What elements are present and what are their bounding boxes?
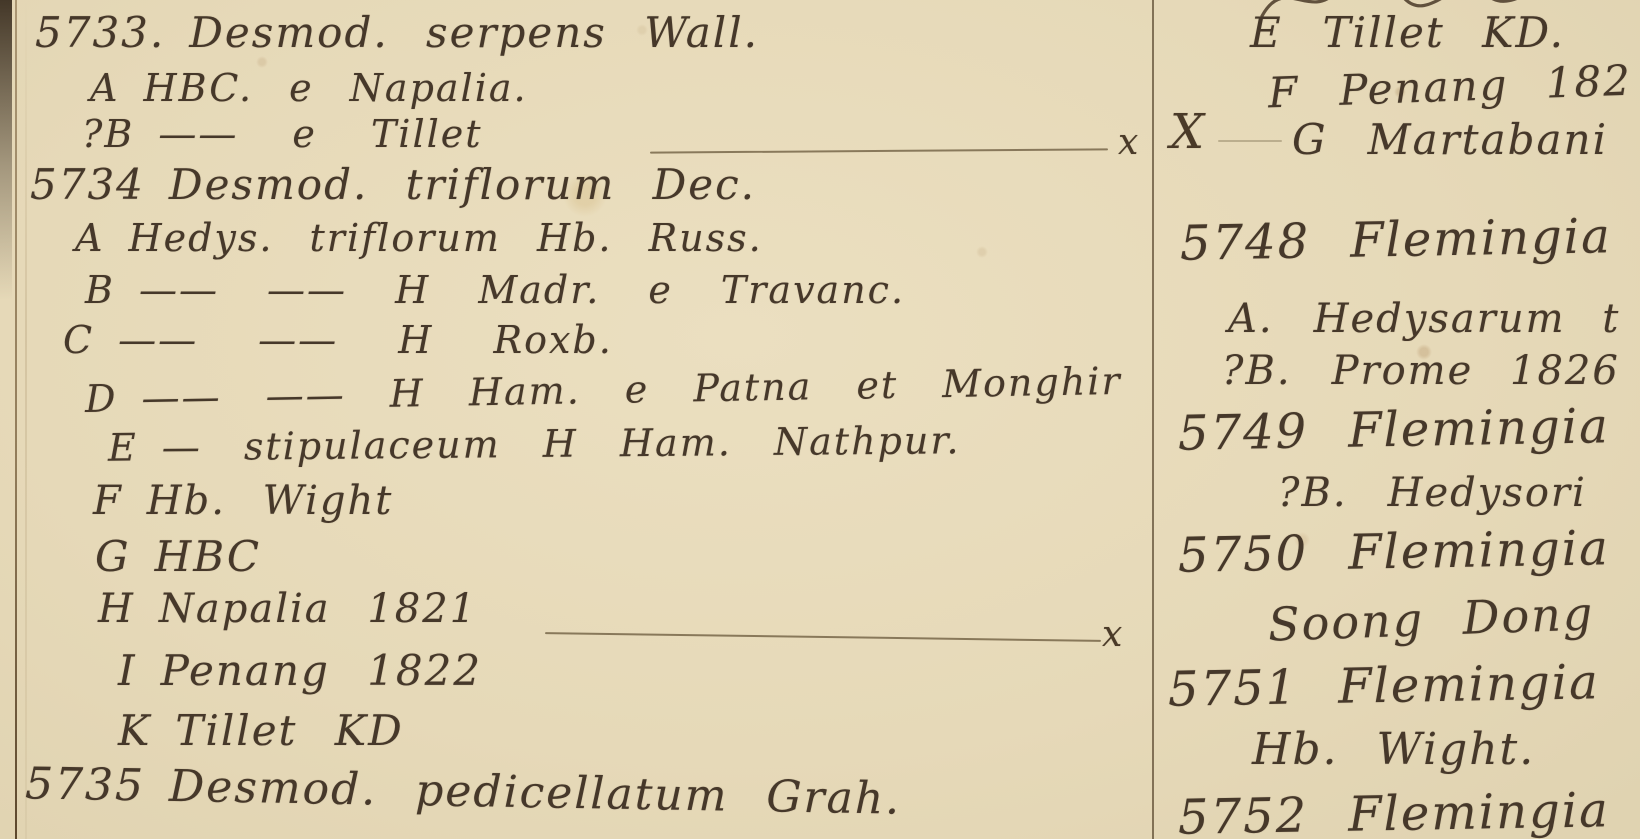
entry-text: Flemingia — [1348, 398, 1610, 459]
specimen-letter: ?B. — [1278, 470, 1348, 516]
subentry-line-hb-wight-right: Hb. Wight. — [1252, 724, 1535, 775]
entry-number: 5751 — [1168, 659, 1299, 717]
entry-text: Flemingia — [1338, 654, 1600, 715]
subentry-line-a-hedysarum: A.Hedysarum t — [1228, 296, 1620, 342]
entry-number: 5749 — [1178, 403, 1309, 461]
entry-text: Flemingia — [1348, 520, 1610, 581]
entry-number: 5748 — [1180, 213, 1311, 271]
entry-text: Tillet KD. — [1323, 8, 1565, 57]
page-edge-crease — [15, 0, 17, 839]
entry-line-5735: 5735Desmod. pedicellatum Grah. — [25, 758, 902, 824]
entry-text: HBC — [155, 532, 261, 581]
entry-text: Penang 1822 — [161, 646, 483, 695]
specimen-letter: A — [90, 66, 119, 110]
specimen-letter: G — [1292, 115, 1328, 164]
entry-text: Hedysori — [1388, 470, 1587, 516]
specimen-letter: B — [85, 268, 115, 312]
subentry-line-a-hedys: AHedys. triflorum Hb. Russ. — [75, 216, 763, 260]
entry-line-5734: 5734Desmod. triflorum Dec. — [30, 160, 756, 209]
specimen-letter: E — [108, 425, 138, 469]
subentry-line-f-wight: FHb. Wight — [93, 478, 393, 524]
entry-number: 5750 — [1178, 525, 1309, 583]
entry-number: 5735 — [25, 758, 146, 811]
column-divider-rule — [1152, 0, 1154, 839]
subentry-line-b-madr: B—— —— H Madr. e Travanc. — [85, 268, 905, 312]
entry-text: —— —— H Ham. e Patna et Monghir — [141, 359, 1122, 420]
specimen-letter: I — [118, 646, 137, 695]
page-edge-crease-faint — [25, 0, 27, 839]
reference-rule-napalia — [545, 632, 1101, 642]
entry-text: Desmod. serpens Wall. — [189, 8, 759, 57]
reference-rule-tillet — [650, 148, 1108, 153]
subentry-line-h-napalia: HNapalia 1821 — [98, 586, 477, 632]
entry-text: Flemingia — [1348, 782, 1610, 839]
specimen-letter: A — [75, 216, 104, 260]
subentry-line-b-hedysori: ?B.Hedysori — [1278, 470, 1587, 516]
entry-text: Tillet KD — [175, 706, 403, 755]
subentry-line-e-stipulaceum: E— stipulaceum H Ham. Nathpur. — [108, 418, 961, 469]
subentry-line-soong-dong: Soong Dong — [1267, 586, 1595, 651]
entry-text: Hedysarum t — [1314, 296, 1621, 342]
specimen-letter: D — [85, 376, 118, 421]
specimen-letter: C — [63, 318, 94, 362]
subentry-line-g-hbc: GHBC — [95, 532, 261, 581]
entry-text: Napalia 1821 — [159, 586, 477, 632]
subentry-line-k-tillet: KTillet KD — [118, 706, 404, 755]
specimen-letter: F — [93, 478, 123, 524]
reference-rule-martaban — [1218, 140, 1282, 142]
specimen-letter: K — [118, 706, 151, 755]
subentry-line-b-prome: ?B.Prome 1826 — [1222, 348, 1620, 394]
entry-text: Hedys. triflorum Hb. Russ. — [128, 216, 762, 260]
subentry-line-a-hbc: AHBC. e Napalia. — [90, 66, 528, 110]
entry-number: 5734 — [30, 160, 145, 209]
specimen-letter: F — [1267, 67, 1300, 117]
entry-text: Flemingia — [1350, 208, 1612, 269]
entry-text: — stipulaceum H Ham. Nathpur. — [162, 418, 961, 469]
specimen-letter: H — [98, 586, 135, 632]
entry-line-5750: 5750Flemingia — [1178, 520, 1611, 584]
x-mark-martaban: X — [1170, 104, 1204, 160]
specimen-letter: A. — [1228, 296, 1274, 342]
specimen-letter: ?B — [82, 112, 134, 156]
entry-text: Soong Dong — [1267, 586, 1595, 651]
entry-number: 5752 — [1178, 787, 1309, 839]
page-edge-shadow — [0, 0, 12, 300]
subentry-line-d-ham: D—— —— H Ham. e Patna et Monghir — [85, 359, 1122, 421]
entry-line-5752: 5752Flemingia — [1178, 782, 1611, 839]
entry-text: Penang 182 — [1338, 56, 1632, 115]
subentry-line-i-penang: IPenang 1822 — [118, 646, 482, 695]
entry-line-5733: 5733.Desmod. serpens Wall. — [35, 8, 759, 57]
entry-text: HBC. e Napalia. — [143, 66, 527, 110]
entry-text: —— —— H Madr. e Travanc. — [139, 268, 905, 312]
specimen-letter: G — [95, 532, 131, 581]
subentry-line-f-penang-right: FPenang 182 — [1267, 56, 1632, 118]
entry-text: Hb. Wight — [147, 478, 394, 524]
x-mark-tillet: x — [1118, 122, 1138, 163]
entry-line-5751: 5751Flemingia — [1168, 654, 1601, 718]
specimen-letter: E — [1250, 8, 1283, 57]
entry-text: Prome 1826 — [1332, 348, 1620, 394]
entry-text: Hb. Wight. — [1252, 724, 1535, 775]
subentry-line-g-martabani: GMartabani — [1292, 115, 1608, 164]
subentry-line-b-tillet: ?B—— e Tillet — [82, 112, 483, 156]
entry-text: Martabani — [1368, 115, 1608, 164]
specimen-letter: ?B. — [1222, 348, 1292, 394]
entry-line-5748: 5748Flemingia — [1180, 208, 1613, 272]
entry-number: 5733. — [35, 8, 165, 57]
entry-text: Desmod. pedicellatum Grah. — [169, 761, 902, 825]
subentry-line-c-roxb: C—— —— H Roxb. — [63, 318, 613, 362]
x-mark-napalia: x — [1102, 614, 1122, 655]
entry-text: —— —— H Roxb. — [118, 318, 613, 362]
entry-text: —— e Tillet — [158, 112, 482, 156]
manuscript-page: 5733.Desmod. serpens Wall. AHBC. e Napal… — [0, 0, 1640, 839]
entry-line-5749: 5749Flemingia — [1178, 398, 1611, 462]
subentry-line-e-tillet-right: ETillet KD. — [1250, 8, 1565, 57]
entry-text: Desmod. triflorum Dec. — [169, 160, 756, 209]
